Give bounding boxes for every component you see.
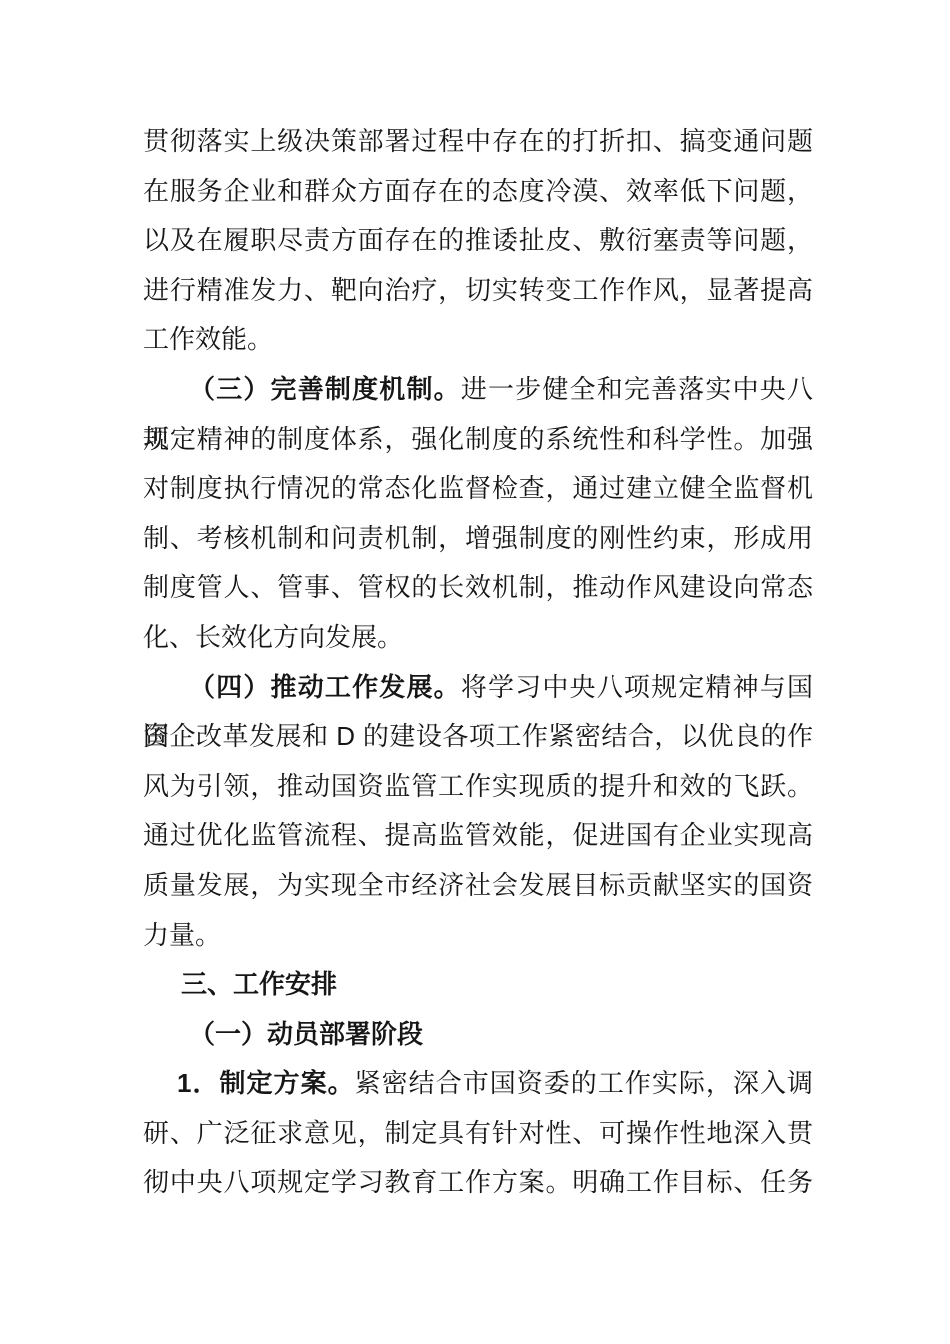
line-text: 制度管人、管事、管权的长效机制，推动作风建设向常态 [143,572,813,602]
line-text: 进行精准发力、靶向治疗，切实转变工作作风，显著提高 [143,275,813,305]
line-text: 规定精神的制度体系，强化制度的系统性和科学性。加强 [143,424,813,454]
bold-lead-text: 1．制定方案。 [177,1068,355,1098]
text-line: 工作效能。 [143,315,813,365]
line-text: 化、长效化方向发展。 [143,622,403,652]
text-line: 在服务企业和群众方面存在的态度冷漠、效率低下问题， [143,167,813,217]
text-line: （四）推动工作发展。将学习中央八项规定精神与国资 [143,663,813,713]
text-line: （一）动员部署阶段 [143,1010,813,1060]
text-line: 化、长效化方向发展。 [143,613,813,663]
line-text: 以及在履职尽责方面存在的推诿扯皮、敷衍塞责等问题， [143,225,813,255]
text-line: 研、广泛征求意见，制定具有针对性、可操作性地深入贯 [143,1109,813,1159]
bold-lead-text: 三、工作安排 [181,969,337,999]
text-line: 国企改革发展和 D 的建设各项工作紧密结合，以优良的作 [143,712,813,762]
text-line: 1．制定方案。紧密结合市国资委的工作实际，深入调 [143,1059,813,1109]
text-line: （三）完善制度机制。进一步健全和完善落实中央八项 [143,365,813,415]
text-line: 规定精神的制度体系，强化制度的系统性和科学性。加强 [143,415,813,465]
text-line: 进行精准发力、靶向治疗，切实转变工作作风，显著提高 [143,266,813,316]
text-line: 以及在履职尽责方面存在的推诿扯皮、敷衍塞责等问题， [143,216,813,266]
line-text: 彻中央八项规定学习教育工作方案。明确工作目标、任务 [143,1167,813,1197]
bold-lead-text: （四）推动工作发展。 [189,672,461,702]
line-text: 国企改革发展和 D 的建设各项工作紧密结合，以优良的作 [143,721,813,751]
line-text: 对制度执行情况的常态化监督检查，通过建立健全监督机 [143,473,813,503]
line-text: 风为引领，推动国资监管工作实现质的提升和效的飞跃。 [143,771,813,801]
text-line: 对制度执行情况的常态化监督检查，通过建立健全监督机 [143,464,813,514]
text-line: 力量。 [143,911,813,961]
document-page: 贯彻落实上级决策部署过程中存在的打折扣、搞变通问题在服务企业和群众方面存在的态度… [0,0,950,1344]
text-line: 三、工作安排 [143,960,813,1010]
line-text: 制、考核机制和问责机制，增强制度的刚性约束，形成用 [143,523,813,553]
document-text-block: 贯彻落实上级决策部署过程中存在的打折扣、搞变通问题在服务企业和群众方面存在的态度… [143,117,813,1208]
line-text: 力量。 [143,920,221,950]
text-line: 通过优化监管流程、提高监管效能，促进国有企业实现高 [143,811,813,861]
line-text: 质量发展，为实现全市经济社会发展目标贡献坚实的国资 [143,870,813,900]
text-line: 风为引领，推动国资监管工作实现质的提升和效的飞跃。 [143,762,813,812]
text-line: 制度管人、管事、管权的长效机制，推动作风建设向常态 [143,563,813,613]
line-text: 工作效能。 [143,324,273,354]
line-text: 紧密结合市国资委的工作实际，深入调 [355,1068,813,1098]
line-text: 在服务企业和群众方面存在的态度冷漠、效率低下问题， [143,176,813,206]
line-text: 研、广泛征求意见，制定具有针对性、可操作性地深入贯 [143,1118,813,1148]
text-line: 彻中央八项规定学习教育工作方案。明确工作目标、任务 [143,1158,813,1208]
text-line: 制、考核机制和问责机制，增强制度的刚性约束，形成用 [143,514,813,564]
text-line: 质量发展，为实现全市经济社会发展目标贡献坚实的国资 [143,861,813,911]
text-line: 贯彻落实上级决策部署过程中存在的打折扣、搞变通问题 [143,117,813,167]
bold-lead-text: （一）动员部署阶段 [189,1019,423,1049]
line-text: 通过优化监管流程、提高监管效能，促进国有企业实现高 [143,820,813,850]
line-text: 贯彻落实上级决策部署过程中存在的打折扣、搞变通问题 [143,126,813,156]
bold-lead-text: （三）完善制度机制。 [189,374,461,404]
